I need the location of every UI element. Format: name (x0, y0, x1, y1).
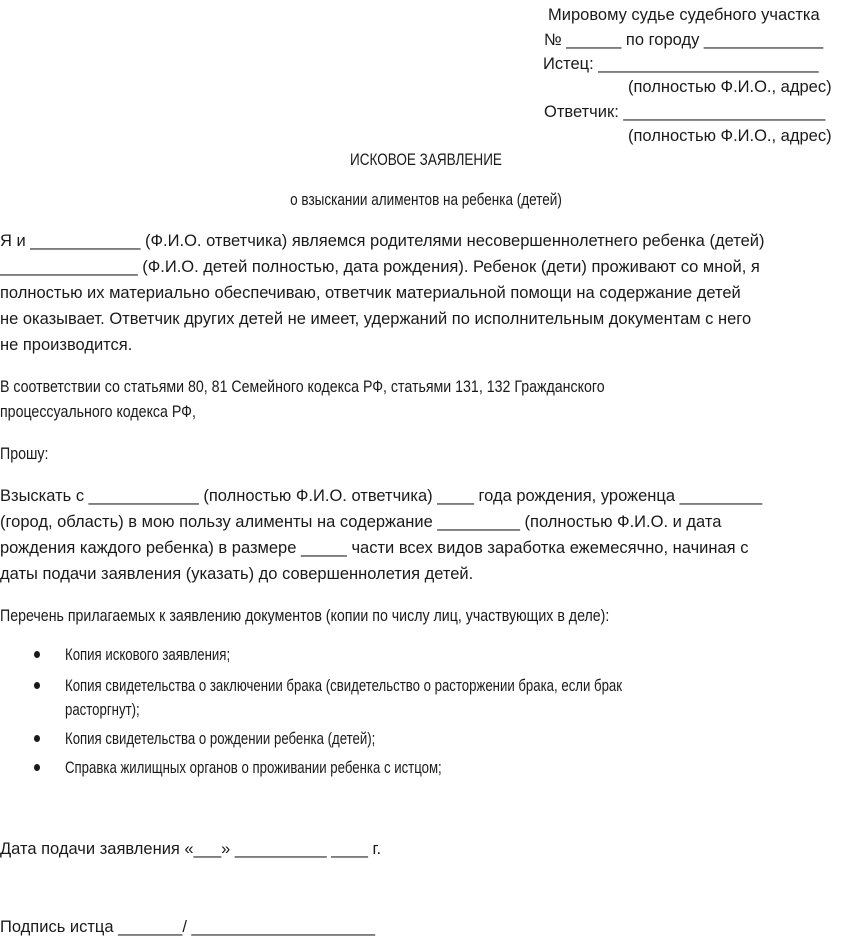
paragraph2-line: В соответствии со статьями 80, 81 Семейн… (0, 376, 605, 398)
signature-line: Подпись истца _______/ _________________… (0, 916, 375, 938)
paragraph1-line: полностью их материально обеспечиваю, от… (0, 282, 741, 304)
paragraph3-line: рождения каждого ребенка) в размере ____… (0, 537, 748, 559)
paragraph1-line: Я и ____________ (Ф.И.О. ответчика) явля… (0, 230, 764, 252)
attachments-heading: Перечень прилагаемых к заявлению докумен… (0, 605, 609, 627)
paragraph1-line: не оказывает. Ответчик других детей не и… (0, 308, 751, 330)
list-item-text: расторгнут); (65, 699, 140, 721)
paragraph3-line: (город, область) в мою пользу алименты н… (0, 511, 721, 533)
bullet-icon (34, 682, 40, 689)
list-item-text: Копия искового заявления; (65, 644, 230, 666)
request-label: Прошу: (0, 443, 48, 465)
paragraph1-line: _______________ (Ф.И.О. детей полностью,… (0, 256, 760, 278)
bullet-icon (34, 651, 40, 658)
filing-date-line: Дата подачи заявления «___» __________ _… (0, 838, 381, 860)
paragraph2-line: процессуального кодекса РФ, (0, 401, 196, 423)
defendant-line: Ответчик: ______________________ (544, 101, 825, 123)
plaintiff-line: Истец: ________________________ (543, 53, 819, 75)
addressee: Мировому судье судебного участка (548, 4, 820, 26)
plaintiff-hint: (полностью Ф.И.О., адрес) (628, 76, 832, 98)
paragraph3-line: даты подачи заявления (указать) до совер… (0, 563, 473, 585)
paragraph3-line: Взыскать с ____________ (полностью Ф.И.О… (0, 485, 762, 507)
defendant-hint: (полностью Ф.И.О., адрес) (628, 125, 832, 147)
document-title: ИСКОВОЕ ЗАЯВЛЕНИЕ (262, 149, 590, 171)
bullet-icon (34, 735, 40, 742)
court-number-line: № ______ по городу _____________ (544, 29, 823, 51)
list-item-text: Справка жилищных органов о проживании ре… (65, 757, 442, 779)
list-item-text: Копия свидетельства о заключении брака (… (65, 675, 622, 697)
paragraph1-line: не производится. (0, 334, 132, 356)
bullet-icon (34, 764, 40, 771)
document-page: Мировому судье судебного участка № _____… (0, 0, 842, 950)
document-subtitle: о взыскании алиментов на ребенка (детей) (221, 189, 631, 211)
list-item-text: Копия свидетельства о рождении ребенка (… (65, 728, 375, 750)
